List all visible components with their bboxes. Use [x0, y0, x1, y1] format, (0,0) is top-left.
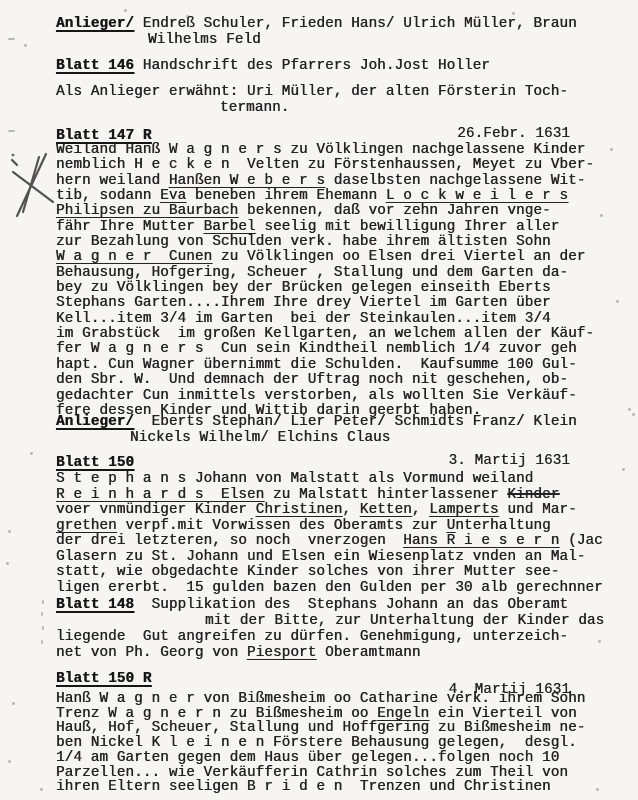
text-run: mit der Bitte, zur Unterhaltung der Kind…	[205, 613, 604, 629]
text-run: fähr Ihre Mutter	[56, 219, 204, 235]
text-run: Piesport	[247, 645, 316, 661]
text-line: Blatt 148 Supplikation des Stephans Joha…	[56, 597, 608, 613]
text-line: mit der Bitte, zur Unterhaltung der Kind…	[56, 613, 608, 629]
text-line: nemblich H e c k e n Velten zu Förstenha…	[56, 158, 608, 173]
text-line: W a g n e r Cunen zu Völklingen oo Elsen…	[56, 250, 608, 265]
text-line: Hanß W a g n e r von Bißmesheim oo Catha…	[56, 692, 608, 707]
text-run: fer W a g n e r s Cun sein Kindtheil nem…	[56, 341, 577, 357]
blatt-147r-entry: Blatt 147 R 26.Febr. 1631 Weiland Hanß W…	[56, 126, 608, 419]
text-run: ben Nickel K l e i n e n Förstere Behaus…	[56, 735, 577, 751]
text-run: Wilhelms Feld	[148, 32, 261, 48]
entry-date: 3. Martij 1631	[448, 453, 570, 469]
als-anlieger-lines: Als Anlieger erwähnt: Uri Müller, der al…	[56, 84, 608, 116]
blatt-150r-entry: Blatt 150 R 4. Martij 1631 Hanß W a g n …	[56, 671, 608, 800]
text-run: W a g n e r Cunen	[56, 249, 212, 265]
text-line: Blatt 146 Handschrift des Pfarrers Joh.J…	[56, 58, 608, 74]
text-line: bey zu Völklingen bey der Brücken gelege…	[56, 281, 608, 296]
text-run: voer	[56, 502, 91, 518]
text-line: gedachter Cun inmittels verstorben, als …	[56, 389, 608, 404]
text-run: bekennen, daß vor zehn Jahren vnge-	[238, 203, 550, 219]
text-run: Eva	[160, 188, 186, 204]
blatt-146-lines: Blatt 146 Handschrift des Pfarrers Joh.J…	[56, 58, 608, 74]
text-line: Glasern zu St. Johann und Elsen ein Wies…	[56, 550, 608, 566]
text-run: Endreß Schuler, Frieden Hans/ Ulrich Mül…	[134, 16, 577, 32]
blatt-147r-lines: Weiland Hanß W a g n e r s zu Völklingen…	[56, 143, 608, 419]
text-line: ligen ererbt. 15 gulden bazen den Gulden…	[56, 581, 608, 597]
text-run: Glasern zu St. Johann und Elsen ein Wies…	[56, 549, 585, 565]
anlieger-block-top: Anlieger/ Endreß Schuler, Frieden Hans/ …	[56, 16, 608, 48]
anlieger-block-147r: Anlieger/ Eberts Stephan/ Lier Peter/ Sc…	[56, 414, 608, 446]
blatt-146-entry: Blatt 146 Handschrift des Pfarrers Joh.J…	[56, 58, 608, 74]
text-run: Supplikation des Stephans Johann an das …	[134, 597, 568, 613]
anlieger-top-lines: Anlieger/ Endreß Schuler, Frieden Hans/ …	[56, 16, 608, 48]
text-line: ben Nickel K l e i n e n Förstere Behaus…	[56, 736, 608, 751]
text-line: hapt. Cun Wagner übernimmt die Schulden.…	[56, 358, 608, 373]
anlieger-147r-lines: Anlieger/ Eberts Stephan/ Lier Peter/ Sc…	[56, 414, 608, 446]
text-run: beneben ihrem Ehemann	[186, 188, 386, 204]
text-run: Christinen	[256, 502, 343, 518]
text-run: den Sbr. W. Und demnach der Uftrag noch …	[56, 372, 568, 388]
text-run: zu Malstatt hinterlassener	[264, 487, 507, 503]
blatt-148-lines: Blatt 148 Supplikation des Stephans Joha…	[56, 597, 608, 661]
text-run: Lamperts	[429, 502, 498, 518]
text-line: fer W a g n e r s Cun sein Kindtheil nem…	[56, 342, 608, 357]
text-line: net von Ph. Georg von Piesport Oberamtma…	[56, 645, 608, 661]
text-run: ligen ererbt. 15 gulden bazen den Gulden…	[56, 580, 603, 596]
text-run: nterhaltung	[455, 518, 550, 534]
text-run: net von Ph. Georg von	[56, 645, 247, 661]
entry-heading: Blatt 150 R	[56, 671, 151, 687]
text-run: S t e p h a n s Johann von Malstatt als …	[56, 471, 533, 487]
text-line: den Sbr. W. Und demnach der Uftrag noch …	[56, 373, 608, 388]
text-line: termann.	[56, 100, 608, 116]
text-run: Blatt 146	[56, 58, 134, 74]
text-run: seelig mit bewilligung Ihrer aller	[256, 219, 560, 235]
entry-header: Blatt 147 R 26.Febr. 1631	[56, 126, 608, 142]
text-line: Trenz W a g n e r n zu Bißmesheim oo Eng…	[56, 707, 608, 722]
text-line: Stephans Garten....Ihrem Ihre drey Viert…	[56, 296, 608, 311]
text-line: Behausung, Hofgering, Scheuer , Stallung…	[56, 266, 608, 281]
text-run: hern weiland	[56, 173, 169, 189]
blatt-150r-lines: Hanß W a g n e r von Bißmesheim oo Catha…	[56, 692, 608, 795]
text-line: Nickels Wilhelm/ Elchins Claus	[56, 430, 608, 446]
text-run: Blatt 148	[56, 597, 134, 613]
text-line: zur Bezahlung von Schulden verk. habe ih…	[56, 235, 608, 250]
text-run: hapt. Cun Wagner übernimmt die Schulden.…	[56, 357, 577, 373]
als-anlieger-note: Als Anlieger erwähnt: Uri Müller, der al…	[56, 84, 608, 116]
text-run: und Mar-	[499, 502, 577, 518]
text-line: Anlieger/ Endreß Schuler, Frieden Hans/ …	[56, 16, 608, 32]
text-run: Barbel	[204, 219, 256, 235]
text-run: Hanßen W e b e r s	[169, 173, 325, 189]
text-run: 1/4 am Garten gegen dem Haus über gelege…	[56, 750, 559, 766]
text-line: 1/4 am Garten gegen dem Haus über gelege…	[56, 751, 608, 766]
text-line: Anlieger/ Eberts Stephan/ Lier Peter/ Sc…	[56, 414, 608, 430]
text-line: hern weiland Hanßen W e b e r s daselbst…	[56, 174, 608, 189]
text-run: L o c k w e i l e r s	[386, 188, 568, 204]
text-run: grethen	[56, 518, 117, 534]
text-run: Trenz W a g n e r n zu Bißmesheim oo	[56, 706, 377, 722]
text-run: R e i n h a r d s Elsen	[56, 487, 264, 503]
text-run: der drei letzteren, so noch vnerzogen	[56, 533, 403, 549]
text-line: Philipsen zu Baurbach bekennen, daß vor …	[56, 204, 608, 219]
text-run: U	[447, 518, 456, 534]
text-run: Anlieger/	[56, 16, 134, 32]
text-run: ,	[342, 502, 359, 518]
text-run: Hauß, Hof, Scheuer, Stallung und Hoffger…	[56, 720, 585, 736]
text-run: Behausung, Hofgering, Scheuer , Stallung…	[56, 265, 568, 281]
text-run: Kell...item 3/4 im Garten bei der Steink…	[56, 311, 551, 327]
text-line: Parzellen... wie Verkäufferin Cathrin so…	[56, 766, 608, 781]
text-run: termann.	[220, 100, 289, 116]
text-run: gedachter Cun inmittels verstorben, als …	[56, 388, 577, 404]
entry-heading: Blatt 150	[56, 455, 134, 471]
text-line: Weiland Hanß W a g n e r s zu Völklingen…	[56, 143, 608, 158]
text-run: ,	[412, 502, 429, 518]
text-run: zu Völklingen oo Elsen drei Viertel an d…	[212, 249, 585, 265]
text-run: Nickels Wilhelm/ Elchins Claus	[130, 430, 390, 446]
text-run: liegende Gut angreifen zu dürfen. Genehm…	[56, 629, 568, 645]
text-line: R e i n h a r d s Elsen zu Malstatt hint…	[56, 488, 608, 504]
text-run: vnmündiger Kinder	[91, 502, 256, 518]
text-run: Philipsen zu Baurbach	[56, 203, 238, 219]
text-line: Wilhelms Feld	[56, 32, 608, 48]
blatt-148-entry: Blatt 148 Supplikation des Stephans Joha…	[56, 597, 608, 661]
text-line: tib, sodann Eva beneben ihrem Ehemann L …	[56, 189, 608, 204]
text-run: verpf.mit Vorwissen des Oberamts zur	[117, 518, 447, 534]
text-run: Handschrift des Pfarrers Joh.Jost Holler	[134, 58, 490, 74]
text-run: Anlieger/	[56, 414, 134, 430]
text-line: der drei letzteren, so noch vnerzogen Ha…	[56, 534, 608, 550]
text-line: liegende Gut angreifen zu dürfen. Genehm…	[56, 629, 608, 645]
handwritten-asterisk-mark	[10, 150, 56, 222]
text-run: daselbsten nachgelassene Wit-	[325, 173, 585, 189]
text-run: Stephans Garten....Ihrem Ihre drey Viert…	[56, 295, 551, 311]
text-run: Oberamtmann	[316, 645, 420, 661]
blatt-150-entry: Blatt 150 3. Martij 1631 S t e p h a n s…	[56, 453, 608, 596]
text-run: zur Bezahlung von Schulden verk. habe ih…	[56, 234, 551, 250]
text-run: (Jac	[559, 533, 602, 549]
text-run: tib, sodann	[56, 188, 160, 204]
text-line: voer vnmündiger Kinder Christinen, Kette…	[56, 503, 608, 519]
blatt-150-lines: S t e p h a n s Johann von Malstatt als …	[56, 472, 608, 596]
text-line: fähr Ihre Mutter Barbel seelig mit bewil…	[56, 220, 608, 235]
text-line: Kell...item 3/4 im Garten bei der Steink…	[56, 312, 608, 327]
text-run: im Grabstück im großen Kellgarten, an we…	[56, 326, 594, 342]
text-line: Als Anlieger erwähnt: Uri Müller, der al…	[56, 84, 608, 100]
text-run: Als Anlieger erwähnt: Uri Müller, der al…	[56, 84, 568, 100]
scanned-document-page: Anlieger/ Endreß Schuler, Frieden Hans/ …	[0, 0, 638, 800]
text-run: Kinder	[507, 487, 559, 503]
text-run: statt, wie obgedachte Kinder solches von…	[56, 564, 559, 580]
text-line: grethen verpf.mit Vorwissen des Oberamts…	[56, 519, 608, 535]
text-run: Eberts Stephan/ Lier Peter/ Schmidts Fra…	[134, 414, 577, 430]
text-run: Parzellen... wie Verkäufferin Cathrin so…	[56, 765, 568, 781]
text-run: ein Vierteil von	[429, 706, 577, 722]
text-line: ihren Eltern seeligen B r i d e n Trenze…	[56, 780, 608, 795]
text-run: Weiland Hanß W a g n e r s zu Völklingen…	[56, 142, 585, 158]
text-line: im Grabstück im großen Kellgarten, an we…	[56, 327, 608, 342]
text-line: statt, wie obgedachte Kinder solches von…	[56, 565, 608, 581]
entry-date: 26.Febr. 1631	[457, 126, 570, 142]
text-run: Hans R i e s e r n	[403, 533, 559, 549]
text-run: ihren Eltern seeligen B r i d e n Trenze…	[56, 779, 551, 795]
text-run: Ketten	[360, 502, 412, 518]
text-run: Engeln	[377, 706, 429, 722]
text-run: Hanß W a g n e r von Bißmesheim oo Catha…	[56, 691, 585, 707]
text-run: nemblich H e c k e n Velten zu Förstenha…	[56, 157, 594, 173]
entry-header: Blatt 150 3. Martij 1631	[56, 453, 608, 469]
text-run: bey zu Völklingen bey der Brücken gelege…	[56, 280, 551, 296]
entry-heading: Blatt 147 R	[56, 128, 151, 144]
text-line: S t e p h a n s Johann von Malstatt als …	[56, 472, 608, 488]
text-line: Hauß, Hof, Scheuer, Stallung und Hoffger…	[56, 721, 608, 736]
